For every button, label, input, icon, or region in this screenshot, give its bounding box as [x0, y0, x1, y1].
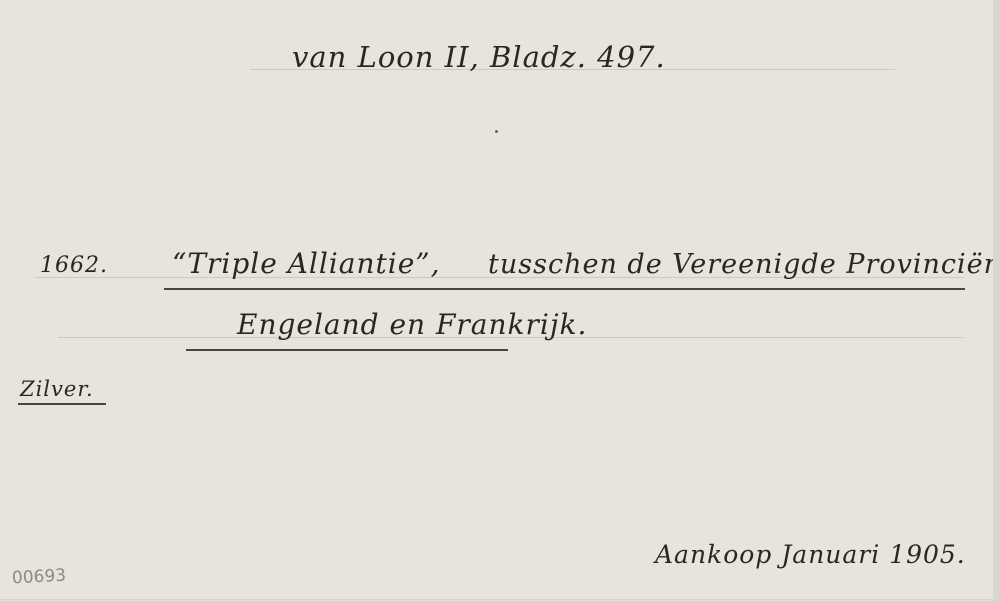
subtitle-underline — [186, 349, 508, 351]
title-line2: Engeland en Frankrijk. — [237, 308, 587, 341]
material-underline — [18, 403, 106, 405]
header-reference: van Loon II, Bladz. 497. — [292, 40, 666, 74]
title-quoted: “Triple Alliantie”, — [172, 247, 440, 280]
material-label: Zilver. — [20, 377, 94, 401]
title-underline — [164, 288, 965, 290]
ink-dot — [495, 130, 498, 133]
card-edge — [993, 0, 999, 601]
catalog-card: van Loon II, Bladz. 497. 1662. “Triple A… — [0, 0, 995, 600]
inventory-number: 00693 — [12, 566, 67, 589]
year-label: 1662. — [40, 253, 108, 278]
acquisition-note: Aankoop Januari 1905. — [655, 540, 966, 569]
title-rest: tusschen de Vereenigde Provinciën, — [488, 249, 999, 280]
